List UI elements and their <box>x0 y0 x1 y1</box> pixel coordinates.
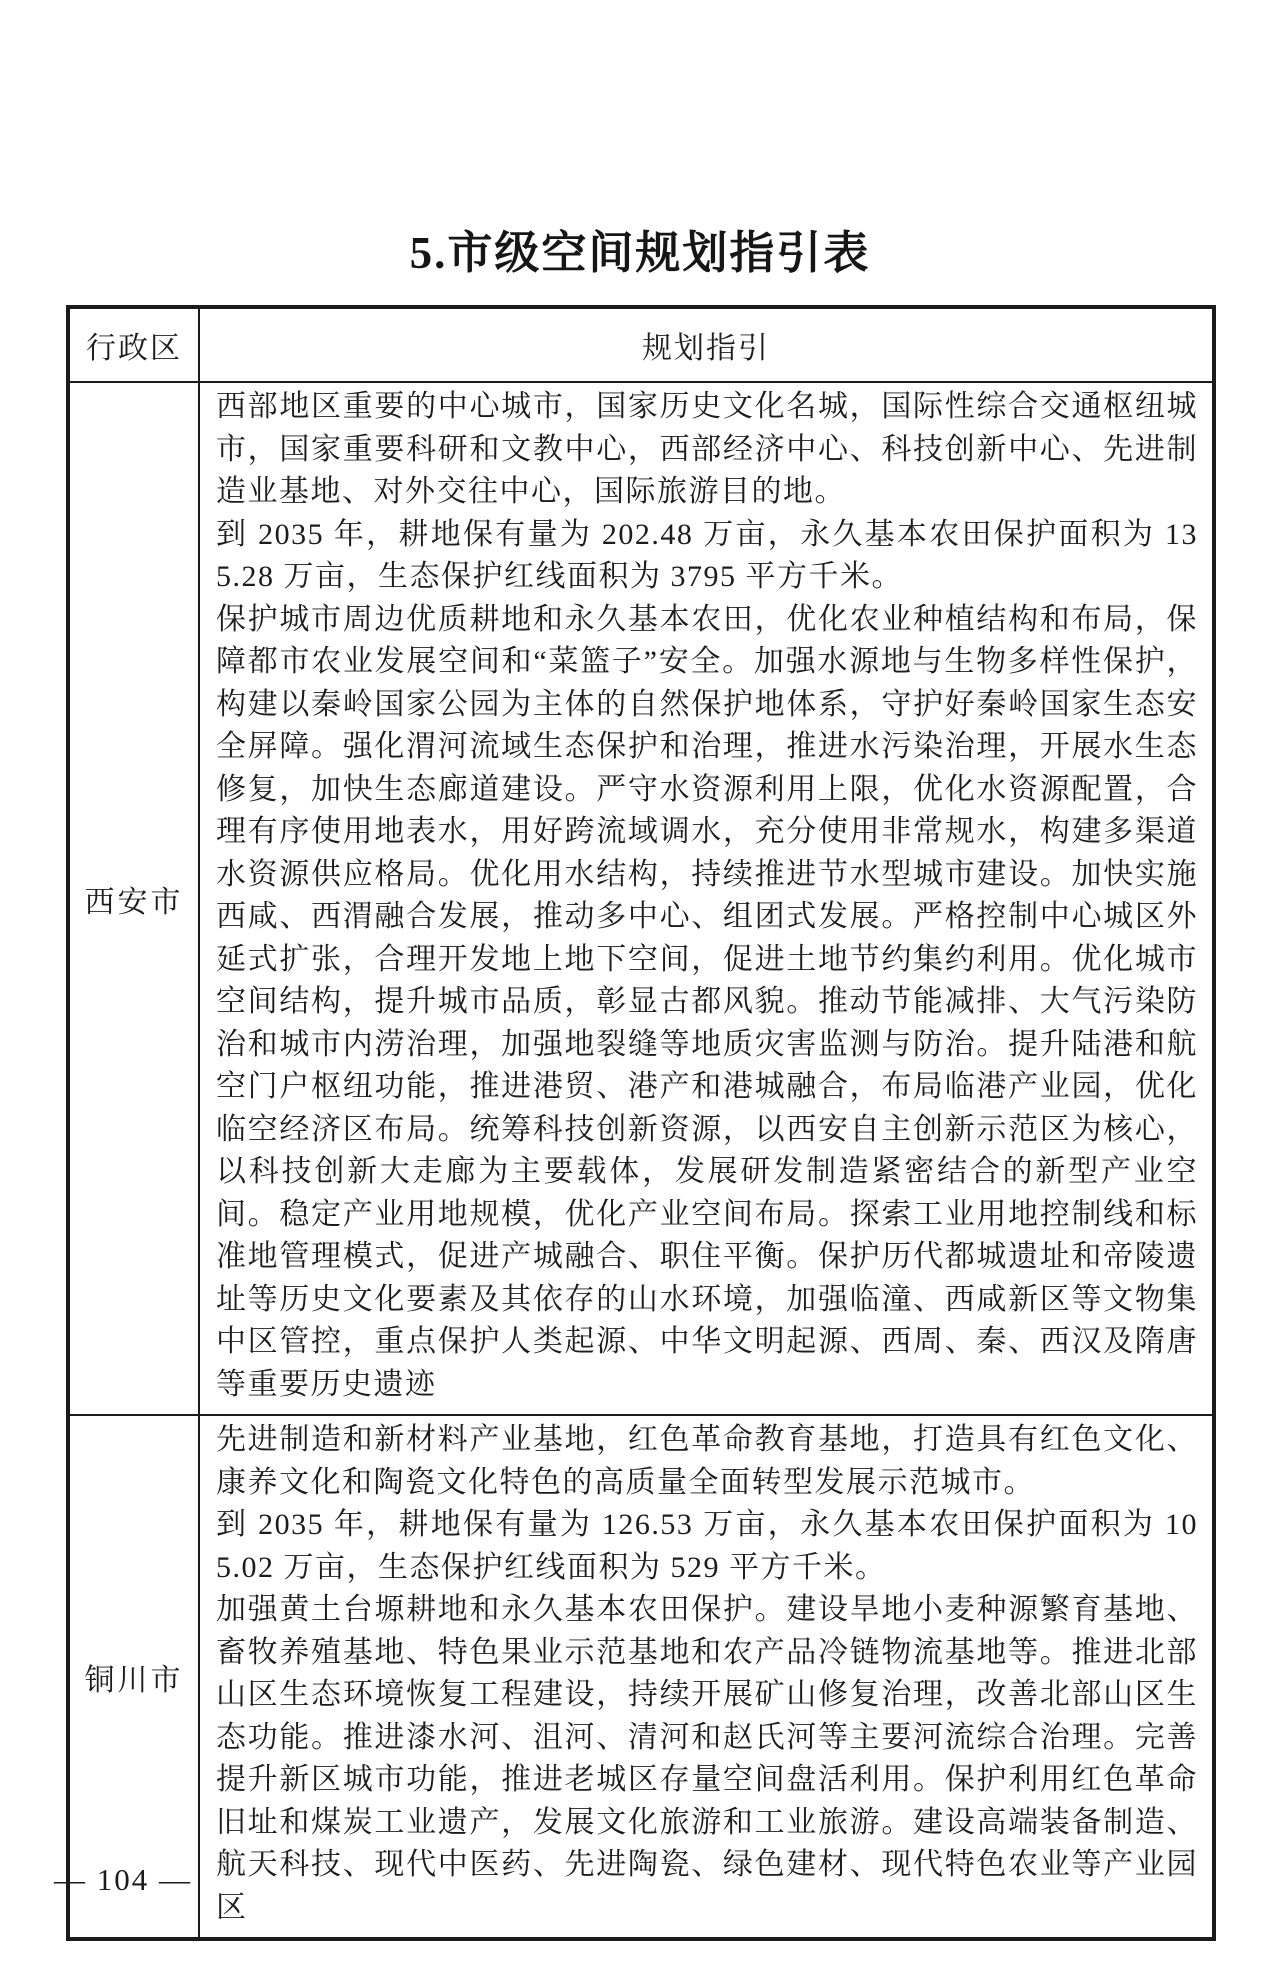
guidance-paragraph: 到 2035 年，耕地保有量为 202.48 万亩，永久基本农田保护面积为 13… <box>216 514 1198 599</box>
guidance-paragraph: 西部地区重要的中心城市，国家历史文化名城，国际性综合交通枢纽城市，国家重要科研和… <box>216 386 1198 514</box>
guidance-paragraph: 加强黄土台塬耕地和永久基本农田保护。建设旱地小麦种源繁育基地、畜牧养殖基地、特色… <box>216 1589 1198 1929</box>
region-name-tongchuan: 铜川市 <box>68 1415 199 1939</box>
page-title: 5.市级空间规划指引表 <box>0 216 1280 281</box>
planning-guidance-table: 行政区 规划指引 西安市 西部地区重要的中心城市，国家历史文化名城，国际性综合交… <box>66 305 1216 1941</box>
header-administrative-region: 行政区 <box>68 307 199 382</box>
guidance-cell-xian: 西部地区重要的中心城市，国家历史文化名城，国际性综合交通枢纽城市，国家重要科研和… <box>199 382 1214 1415</box>
page-number: — 104 — <box>54 1862 192 1898</box>
region-name-xian: 西安市 <box>68 382 199 1415</box>
guidance-paragraph: 到 2035 年，耕地保有量为 126.53 万亩，永久基本农田保护面积为 10… <box>216 1504 1198 1589</box>
header-planning-guidance: 规划指引 <box>199 307 1214 382</box>
table-row-xian: 西安市 西部地区重要的中心城市，国家历史文化名城，国际性综合交通枢纽城市，国家重… <box>68 382 1214 1415</box>
document-page: 5.市级空间规划指引表 行政区 规划指引 西安市 西部地区重要的中心城市，国家历… <box>0 0 1280 1972</box>
table-row-tongchuan: 铜川市 先进制造和新材料产业基地，红色革命教育基地，打造具有红色文化、康养文化和… <box>68 1415 1214 1939</box>
guidance-cell-tongchuan: 先进制造和新材料产业基地，红色革命教育基地，打造具有红色文化、康养文化和陶瓷文化… <box>199 1415 1214 1939</box>
table-header-row: 行政区 规划指引 <box>68 307 1214 382</box>
guidance-paragraph: 先进制造和新材料产业基地，红色革命教育基地，打造具有红色文化、康养文化和陶瓷文化… <box>216 1419 1198 1504</box>
guidance-paragraph: 保护城市周边优质耕地和永久基本农田，优化农业种植结构和布局，保障都市农业发展空间… <box>216 599 1198 1407</box>
